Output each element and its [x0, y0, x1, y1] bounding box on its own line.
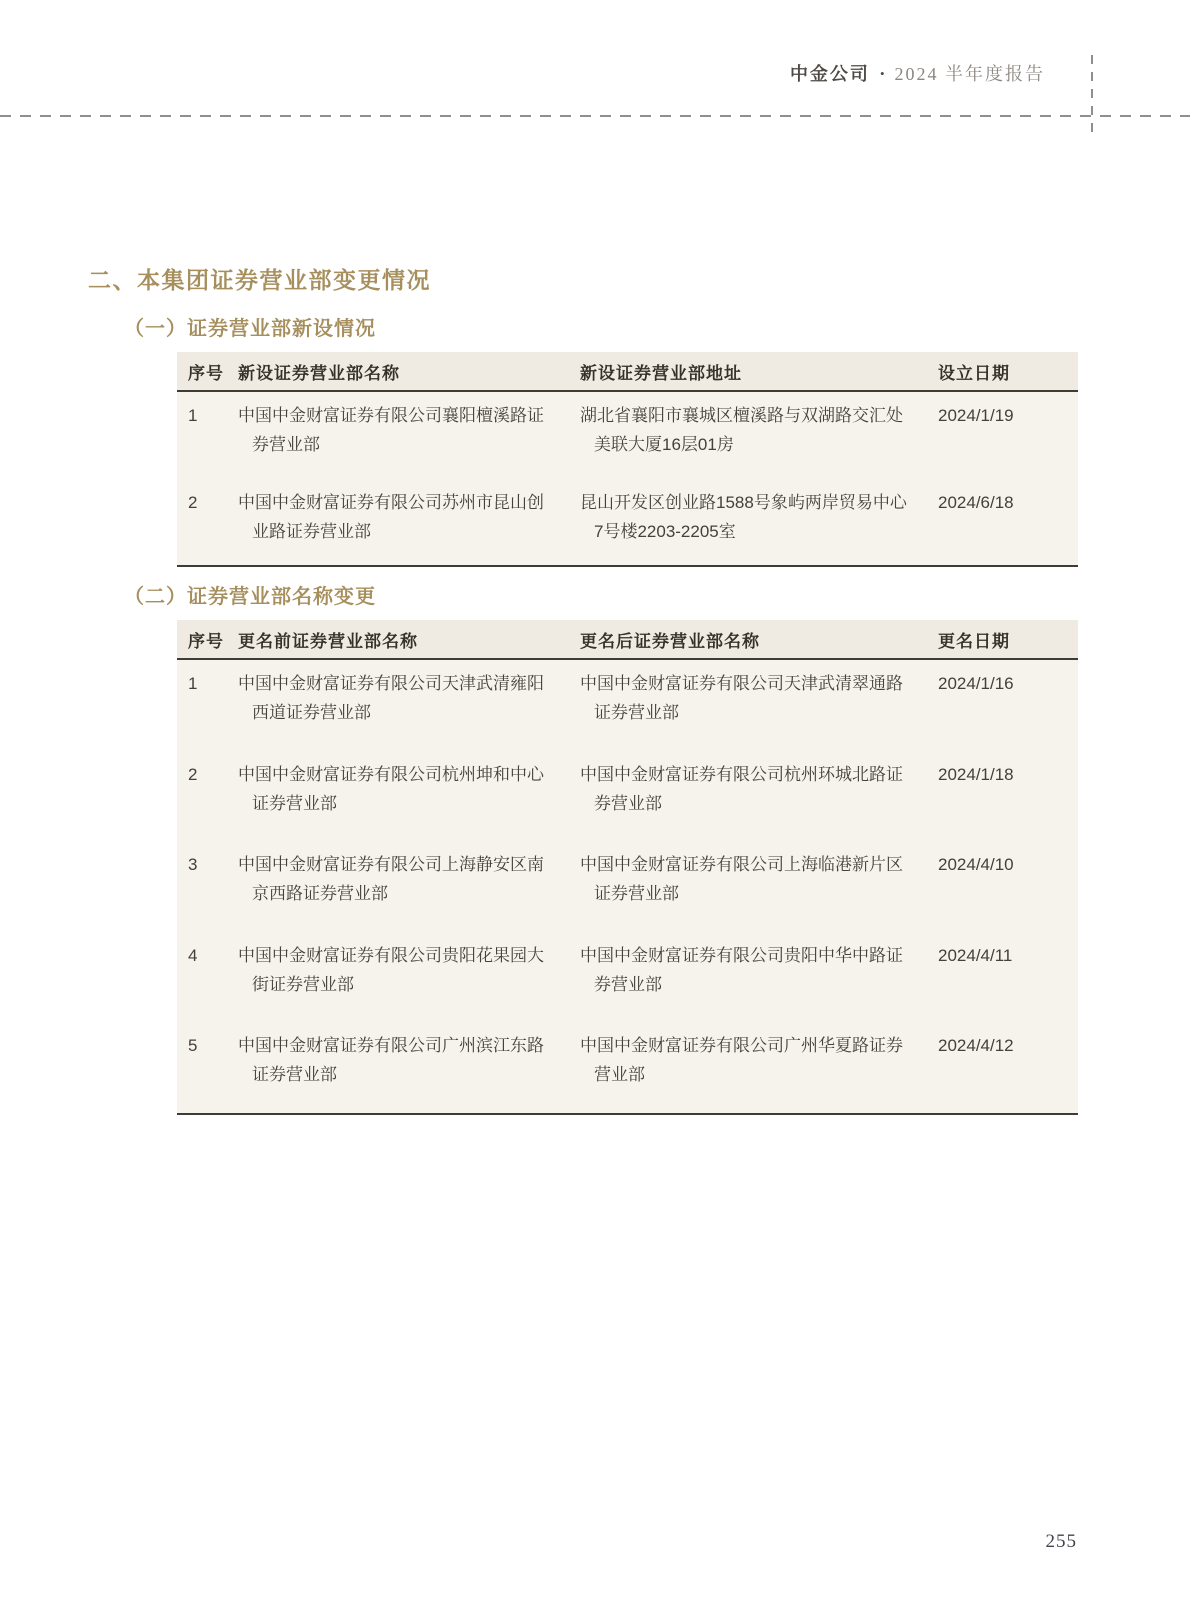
bullet-separator: •: [880, 66, 885, 81]
table-header-row: 序号 新设证券营业部名称 新设证券营业部地址 设立日期: [177, 352, 1078, 392]
cell-name: 中国中金财富证券有限公司广州滨江东路证券营业部: [238, 1031, 580, 1113]
table-body: 1中国中金财富证券有限公司襄阳檀溪路证券营业部湖北省襄阳市襄城区檀溪路与双湖路交…: [177, 392, 1078, 567]
page-header: 中金公司•2024 半年度报告: [790, 60, 1045, 86]
cell-col3: 中国中金财富证券有限公司杭州环城北路证券营业部: [580, 760, 938, 842]
cell-no: 2: [188, 488, 238, 566]
col-header-new-name: 更名后证券营业部名称: [580, 627, 938, 652]
cell-date: 2024/4/11: [938, 941, 1078, 1023]
cell-date: 2024/6/18: [938, 488, 1078, 566]
subsection-title-renamed-offices: （二）证券营业部名称变更: [124, 580, 376, 609]
cell-no: 1: [188, 669, 238, 751]
table-body: 1中国中金财富证券有限公司天津武清雍阳西道证券营业部中国中金财富证券有限公司天津…: [177, 660, 1078, 1115]
cell-name: 中国中金财富证券有限公司上海静安区南京西路证券营业部: [238, 850, 580, 932]
table-row: 1中国中金财富证券有限公司天津武清雍阳西道证券营业部中国中金财富证券有限公司天津…: [177, 660, 1078, 751]
subsection-title-new-offices: （一）证券营业部新设情况: [124, 312, 376, 341]
table-row: 2中国中金财富证券有限公司杭州坤和中心证券营业部中国中金财富证券有限公司杭州环城…: [177, 751, 1078, 842]
col-header-no: 序号: [188, 627, 238, 652]
cell-date: 2024/1/19: [938, 401, 1078, 479]
section-title: 二、本集团证券营业部变更情况: [88, 262, 431, 295]
cell-name: 中国中金财富证券有限公司襄阳檀溪路证券营业部: [238, 401, 580, 479]
table-row: 1中国中金财富证券有限公司襄阳檀溪路证券营业部湖北省襄阳市襄城区檀溪路与双湖路交…: [177, 392, 1078, 479]
table-row: 5中国中金财富证券有限公司广州滨江东路证券营业部中国中金财富证券有限公司广州华夏…: [177, 1022, 1078, 1113]
cell-col3: 中国中金财富证券有限公司贵阳中华中路证券营业部: [580, 941, 938, 1023]
company-name: 中金公司: [790, 64, 870, 84]
cell-name: 中国中金财富证券有限公司天津武清雍阳西道证券营业部: [238, 669, 580, 751]
col-header-address: 新设证券营业部地址: [580, 359, 938, 384]
cell-date: 2024/1/16: [938, 669, 1078, 751]
cell-no: 1: [188, 401, 238, 479]
col-header-no: 序号: [188, 359, 238, 384]
cell-col3: 中国中金财富证券有限公司广州华夏路证券营业部: [580, 1031, 938, 1113]
table-row: 2中国中金财富证券有限公司苏州市昆山创业路证券营业部昆山开发区创业路1588号象…: [177, 479, 1078, 566]
cell-name: 中国中金财富证券有限公司贵阳花果园大街证券营业部: [238, 941, 580, 1023]
renamed-offices-table: 序号 更名前证券营业部名称 更名后证券营业部名称 更名日期 1中国中金财富证券有…: [177, 620, 1078, 1115]
cell-no: 4: [188, 941, 238, 1023]
cell-no: 2: [188, 760, 238, 842]
table-row: 3中国中金财富证券有限公司上海静安区南京西路证券营业部中国中金财富证券有限公司上…: [177, 841, 1078, 932]
cell-col3: 湖北省襄阳市襄城区檀溪路与双湖路交汇处美联大厦16层01房: [580, 401, 938, 479]
cell-name: 中国中金财富证券有限公司苏州市昆山创业路证券营业部: [238, 488, 580, 566]
cell-col3: 中国中金财富证券有限公司上海临港新片区证券营业部: [580, 850, 938, 932]
cell-col3: 中国中金财富证券有限公司天津武清翠通路证券营业部: [580, 669, 938, 751]
new-offices-table: 序号 新设证券营业部名称 新设证券营业部地址 设立日期 1中国中金财富证券有限公…: [177, 352, 1078, 567]
table-header-row: 序号 更名前证券营业部名称 更名后证券营业部名称 更名日期: [177, 620, 1078, 660]
cell-no: 5: [188, 1031, 238, 1113]
cell-col3: 昆山开发区创业路1588号象屿两岸贸易中心7号楼2203-2205室: [580, 488, 938, 566]
col-header-date: 设立日期: [938, 359, 1078, 384]
col-header-date: 更名日期: [938, 627, 1078, 652]
col-header-name: 新设证券营业部名称: [238, 359, 580, 384]
cell-date: 2024/4/12: [938, 1031, 1078, 1113]
cell-date: 2024/1/18: [938, 760, 1078, 842]
cell-name: 中国中金财富证券有限公司杭州坤和中心证券营业部: [238, 760, 580, 842]
col-header-old-name: 更名前证券营业部名称: [238, 627, 580, 652]
table-row: 4中国中金财富证券有限公司贵阳花果园大街证券营业部中国中金财富证券有限公司贵阳中…: [177, 932, 1078, 1023]
header-vertical-dashed-rule: [1091, 55, 1093, 138]
page-number: 255: [1046, 1531, 1078, 1553]
report-title: 2024 半年度报告: [895, 64, 1046, 84]
header-horizontal-dashed-rule: [0, 115, 1190, 117]
cell-no: 3: [188, 850, 238, 932]
cell-date: 2024/4/10: [938, 850, 1078, 932]
